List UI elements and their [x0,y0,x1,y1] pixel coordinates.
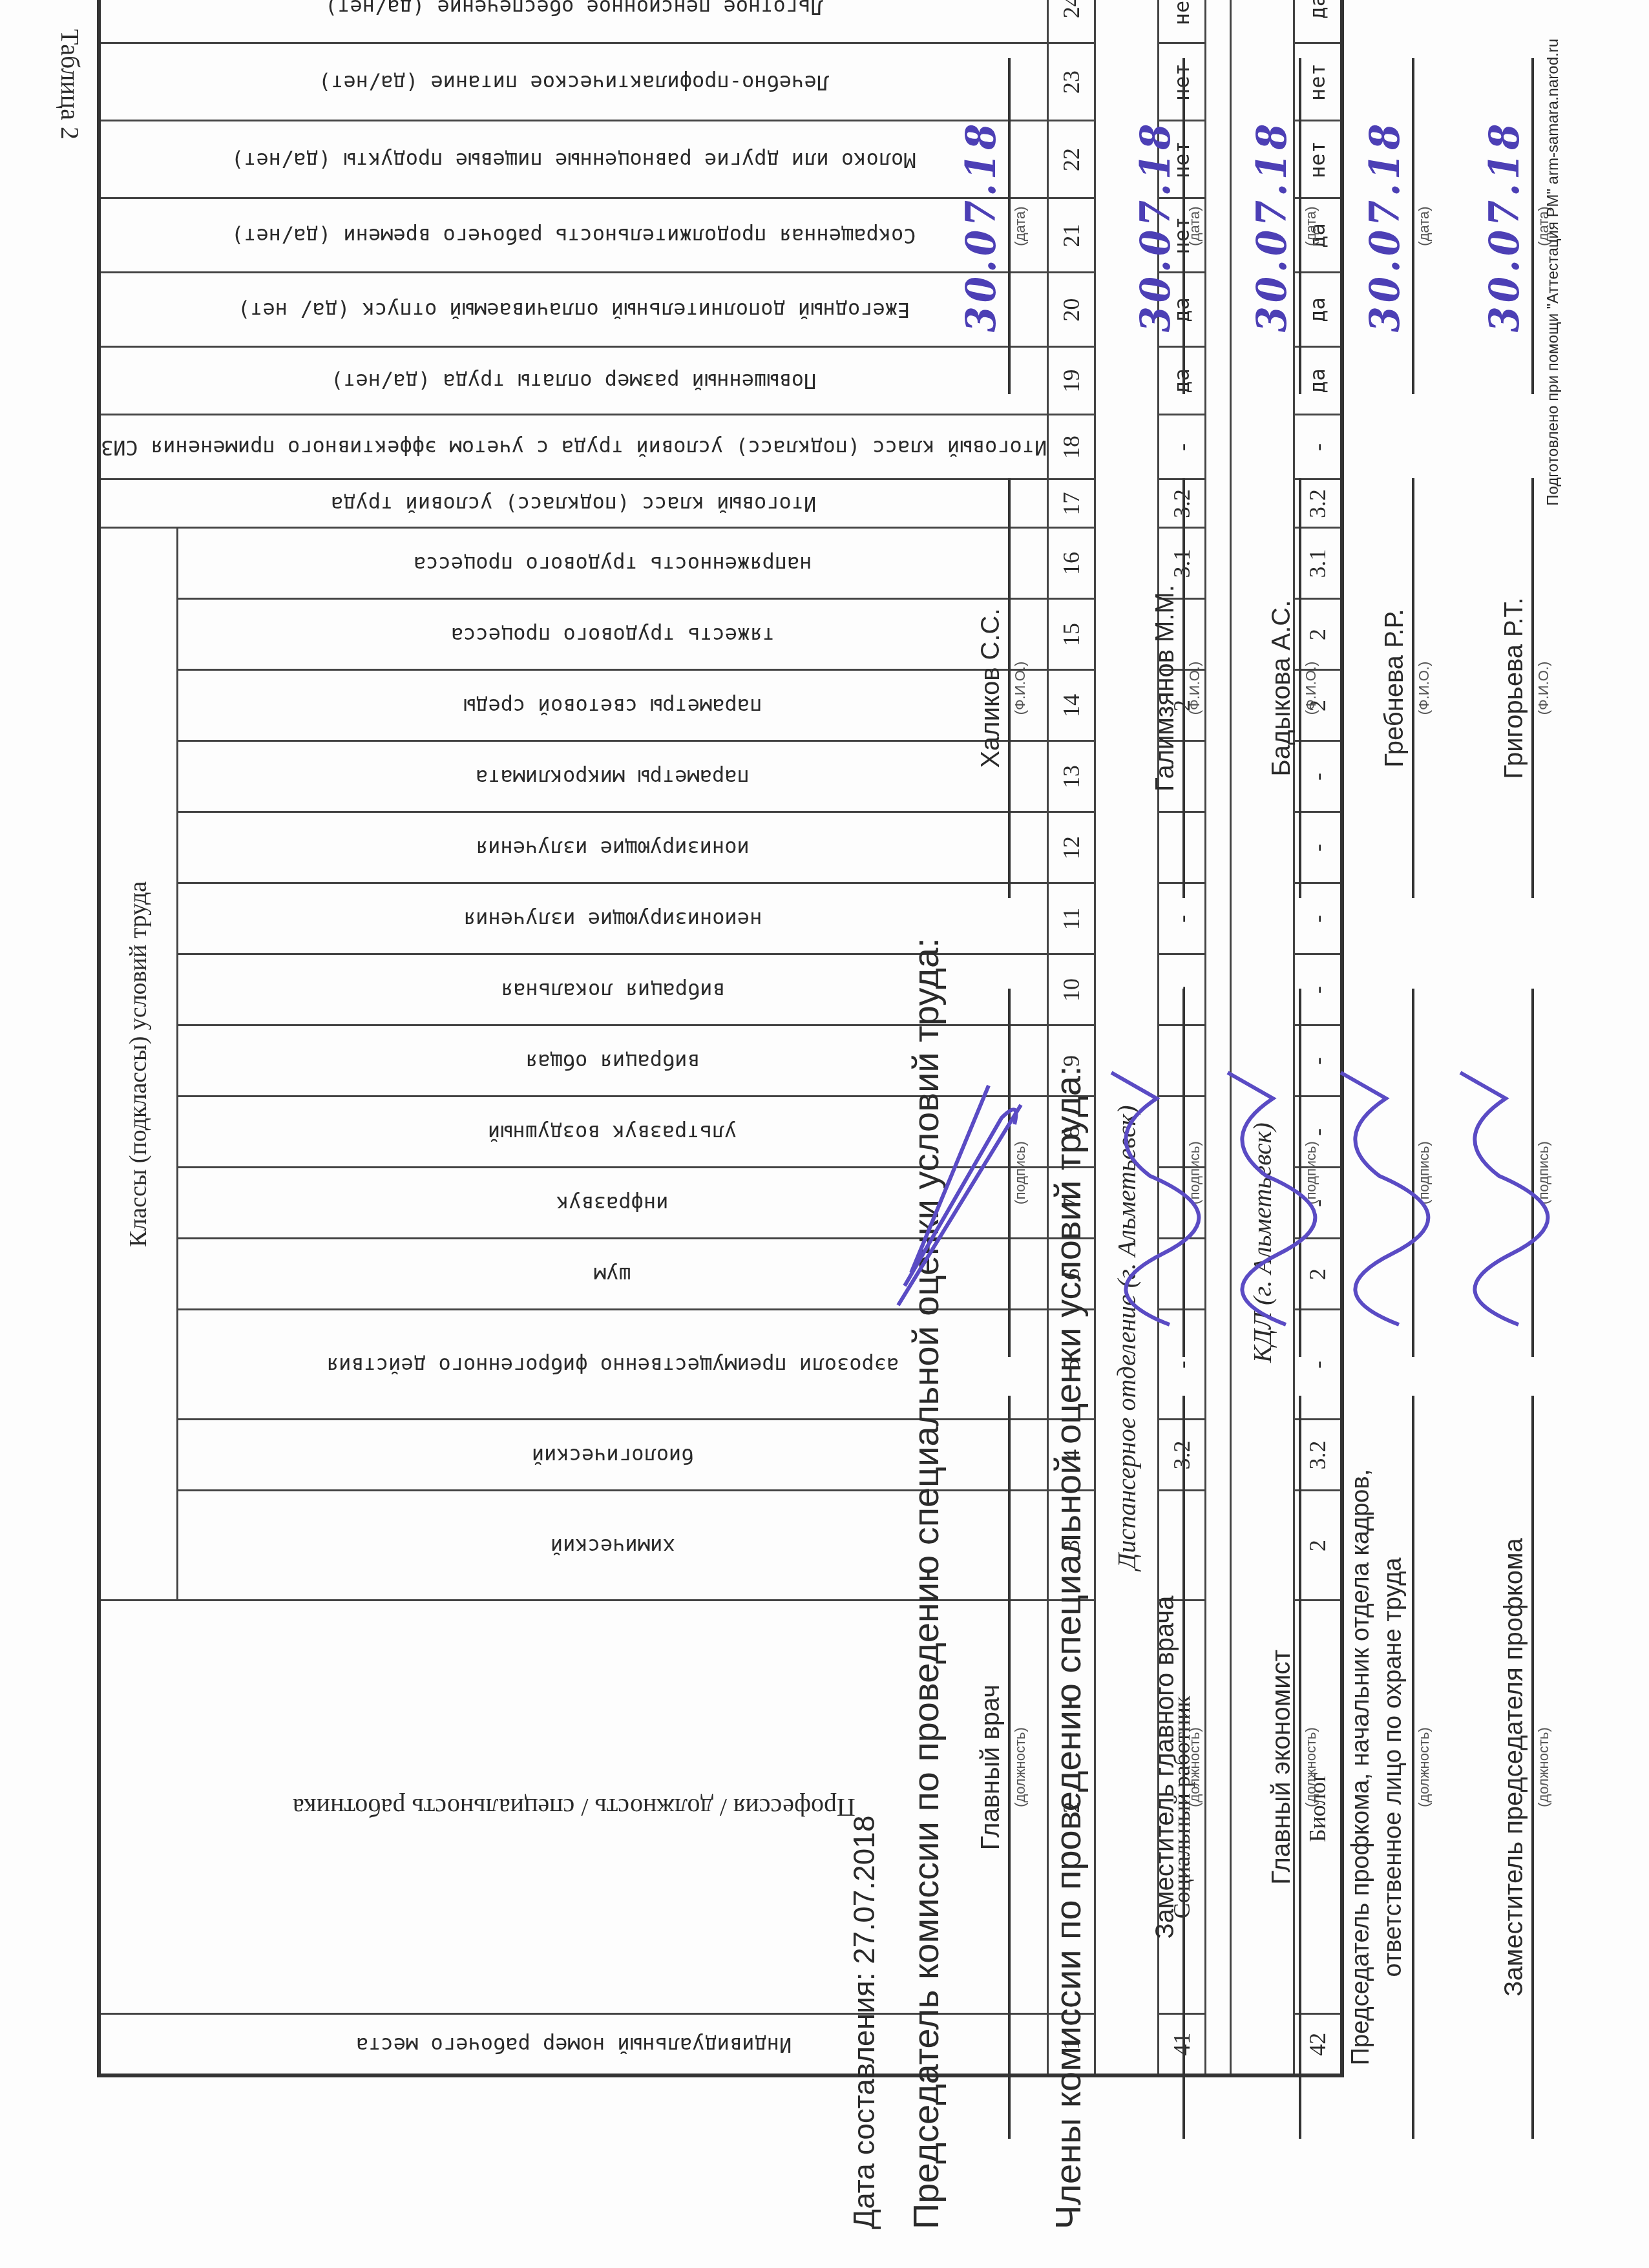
column-number: 20 [1048,273,1095,347]
member-date: 30.07.18 [1361,58,1409,394]
header-final-col-22: Молоко или другие равноценные пищевые пр… [99,121,1048,198]
column-number: 15 [1048,599,1095,670]
member-position: Председатель профкома, начальник отдела … [1345,1396,1409,2139]
scanned-document-page: Таблица 2 Индивидуальный номер рабочего … [0,0,1649,2268]
member-date: 30.07.18 [1132,58,1180,394]
column-number: 19 [1048,347,1095,415]
column-number: 23 [1048,43,1095,121]
member-signature-scribble [1302,1060,1431,1331]
header-factor-13: параметры микроклимата [177,741,1047,812]
member-position: Заместитель главного врача [1150,1396,1180,2139]
member-signature-scribble [1073,1060,1202,1331]
member-position-field: Заместитель председателя профкома(должно… [1493,1396,1557,2139]
header-final-col-23: Лечебно-профилактическое питание (да/нет… [99,43,1048,121]
column-number: 21 [1048,198,1095,273]
header-factor-14: параметры световой среды [177,670,1047,741]
member-signature-scribble [1189,1060,1318,1331]
table-caption: Таблица 2 [55,29,85,140]
member-date-field: 30.07.18(дата) [1373,58,1438,394]
chair-name: Халиков С.С. [976,478,1005,898]
column-number: 14 [1048,670,1095,741]
header-final-col-18: Итоговый класс (подкласс) условий труда … [99,415,1048,479]
chair-name-field: Халиков С.С. (Ф.И.О.) [969,478,1034,898]
member-position-field: Заместитель главного врача(должность) [1144,1396,1208,2139]
member-name-field: Григорьева Р.Т.(Ф.И.О.) [1493,478,1557,898]
member-name: Гребнева Р.Р. [1380,478,1409,898]
member-name-field: Галимзянов М.М.(Ф.И.О.) [1144,478,1208,898]
member-position: Заместитель председателя профкома [1499,1396,1529,2139]
header-final-col-20: Ежегодный дополнительный оплачиваемый от… [99,273,1048,347]
member-date-field: 30.07.18(дата) [1144,58,1208,394]
chair-signature-scribble [892,1060,1034,1318]
column-number: 12 [1048,812,1095,883]
member-name: Галимзянов М.М. [1150,478,1180,898]
column-number: 17 [1048,479,1095,528]
chair-position-field: Главный врач (должность) [969,1396,1034,2139]
chair-signature-field: (подпись) [969,989,1034,1357]
member-name: Григорьева Р.Т. [1499,478,1529,898]
column-number: 18 [1048,415,1095,479]
header-factor-15: тяжесть трудового процесса [177,599,1047,670]
header-final-col-17: Итоговый класс (подкласс) условий труда [99,479,1048,528]
chair-date: 30.07.18 [958,58,1005,394]
column-number: 10 [1048,954,1095,1025]
column-number: 24 [1048,0,1095,43]
header-factor-16: напряженность трудового процесса [177,528,1047,599]
header-factor-12: ионизирующие излучения [177,812,1047,883]
column-number: 22 [1048,121,1095,198]
header-final-col-21: Сокращенная продолжительность рабочего в… [99,198,1048,273]
header-classes-group: Классы (подклассы) условий труда [99,528,177,1601]
member-signature-field: (подпись) [1493,989,1557,1357]
column-number: 11 [1048,883,1095,954]
member-date: 30.07.18 [1481,58,1529,394]
member-date: 30.07.18 [1248,58,1296,394]
chair-date-field: 30.07.18 (дата) [969,58,1034,394]
header-final-col-19: Повышенный размер оплаты труда (да/нет) [99,347,1048,415]
member-name-field: Гребнева Р.Р.(Ф.И.О.) [1373,478,1438,898]
member-name: Бадыкова А.С. [1266,478,1296,898]
member-position-field: Главный экономист(должность) [1260,1396,1325,2139]
member-name-field: Бадыкова А.С.(Ф.И.О.) [1260,478,1325,898]
compiled-date: Дата составления: 27.07.2018 [846,1816,881,2229]
chair-signature-row: Главный врач (должность) (подпись) Халик… [969,0,1034,2268]
member-date-field: 30.07.18(дата) [1260,58,1325,394]
column-number: 16 [1048,528,1095,599]
footer-note: Подготовлено при помощи "Аттестация РМ" … [1544,39,1562,506]
member-signature-scribble [1422,1060,1551,1331]
column-number: 13 [1048,741,1095,812]
chair-position: Главный врач [976,1396,1005,2139]
header-final-col-24: Льготное пенсионное обеспечение (да/нет) [99,0,1048,43]
member-position: Главный экономист [1266,1396,1296,2139]
member-position-field: Председатель профкома, начальник отдела … [1373,1396,1438,2139]
